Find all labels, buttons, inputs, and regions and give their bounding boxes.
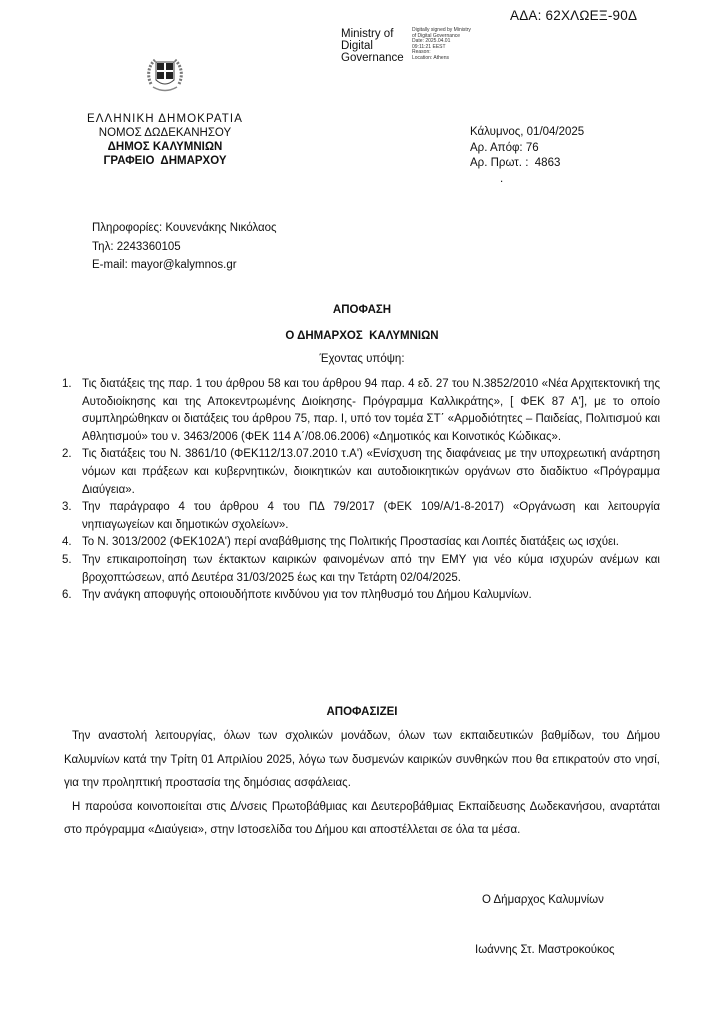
issuer-line: Digital bbox=[341, 40, 404, 52]
considering-label: Έχοντας υπόψη: bbox=[0, 353, 724, 365]
document-title: ΑΠΟΦΑΣΗ bbox=[0, 304, 724, 316]
decision-body: Την αναστολή λειτουργίας, όλων των σχολι… bbox=[64, 725, 660, 843]
signatory-role: Ο Δήμαρχος Καλυμνίων bbox=[482, 894, 604, 906]
item-number: 6. bbox=[62, 587, 82, 605]
decision-paragraph: Η παρούσα κοινοποιείται στις Δ/νσεις Πρω… bbox=[64, 796, 660, 843]
list-item: 2. Τις διατάξεις του Ν. 3861/10 (ΦΕΚ112/… bbox=[62, 446, 660, 499]
list-item: 3. Την παράγραφο 4 του άρθρου 4 του ΠΔ 7… bbox=[62, 499, 660, 534]
office-label: ΓΡΑΦΕΙΟ ΔΗΜΑΡΧΟΥ bbox=[60, 154, 270, 168]
digital-signature-details: Digitally signed by Ministry of Digital … bbox=[412, 28, 471, 62]
item-number: 4. bbox=[62, 534, 82, 552]
protocol-number: Αρ. Πρωτ. : 4863 bbox=[470, 156, 584, 172]
decides-heading: ΑΠΟΦΑΣΙΖΕΙ bbox=[0, 706, 724, 718]
contact-info: Πληροφορίες: Κουνενάκης Νικόλαος Τηλ: 22… bbox=[92, 219, 277, 275]
contact-email: E-mail: mayor@kalymnos.gr bbox=[92, 256, 277, 275]
item-number: 2. bbox=[62, 446, 82, 499]
signatory-name: Ιωάννης Στ. Μαστροκούκος bbox=[475, 944, 615, 956]
item-number: 1. bbox=[62, 376, 82, 446]
signature-detail: Location: Athens bbox=[412, 56, 471, 62]
place-date: Κάλυμνος, 01/04/2025 bbox=[470, 125, 584, 141]
item-text: Την ανάγκη αποφυγής οποιουδήποτε κινδύνο… bbox=[82, 587, 660, 605]
issuing-authority: ΕΛΛΗΝΙΚΗ ΔΗΜΟΚΡΑΤΙΑ ΝΟΜΟΣ ΔΩΔΕΚΑΝΗΣΟΥ ΔΗ… bbox=[60, 112, 270, 168]
considerations-list: 1. Τις διατάξεις της παρ. 1 του άρθρου 5… bbox=[62, 376, 660, 605]
item-text: Το Ν. 3013/2002 (ΦΕΚ102Α') περί αναβάθμι… bbox=[82, 534, 660, 552]
list-item: 1. Τις διατάξεις της παρ. 1 του άρθρου 5… bbox=[62, 376, 660, 446]
list-item: 5. Την επικαιροποίηση των έκτακτων καιρι… bbox=[62, 552, 660, 587]
item-text: Τις διατάξεις του Ν. 3861/10 (ΦΕΚ112/13.… bbox=[82, 446, 660, 499]
list-item: 6. Την ανάγκη αποφυγής οποιουδήποτε κινδ… bbox=[62, 587, 660, 605]
item-text: Τις διατάξεις της παρ. 1 του άρθρου 58 κ… bbox=[82, 376, 660, 446]
ada-code: ΑΔΑ: 62ΧΛΩΕΞ-90Δ bbox=[510, 8, 637, 23]
decision-paragraph: Την αναστολή λειτουργίας, όλων των σχολι… bbox=[64, 725, 660, 796]
document-reference: Κάλυμνος, 01/04/2025 Αρ. Απόφ: 76 Αρ. Πρ… bbox=[470, 125, 584, 187]
contact-person: Πληροφορίες: Κουνενάκης Νικόλαος bbox=[92, 219, 277, 238]
digital-signature-issuer: Ministry of Digital Governance bbox=[341, 28, 404, 64]
municipality-label: ΔΗΜΟΣ ΚΑΛΥΜΝΙΩΝ bbox=[60, 140, 270, 154]
item-number: 3. bbox=[62, 499, 82, 534]
document-subtitle: Ο ΔΗΜΑΡΧΟΣ ΚΑΛΥΜΝΙΩΝ bbox=[0, 330, 724, 342]
list-item: 4. Το Ν. 3013/2002 (ΦΕΚ102Α') περί αναβά… bbox=[62, 534, 660, 552]
contact-phone: Τηλ: 2243360105 bbox=[92, 238, 277, 257]
prefecture-label: ΝΟΜΟΣ ΔΩΔΕΚΑΝΗΣΟΥ bbox=[60, 126, 270, 140]
trailing-dot: . bbox=[470, 172, 584, 188]
issuer-line: Governance bbox=[341, 52, 404, 64]
issuer-line: Ministry of bbox=[341, 28, 404, 40]
item-text: Την παράγραφο 4 του άρθρου 4 του ΠΔ 79/2… bbox=[82, 499, 660, 534]
greek-coat-of-arms-icon bbox=[143, 54, 187, 98]
item-number: 5. bbox=[62, 552, 82, 587]
decision-number: Αρ. Απόφ: 76 bbox=[470, 141, 584, 157]
republic-label: ΕΛΛΗΝΙΚΗ ΔΗΜΟΚΡΑΤΙΑ bbox=[60, 112, 270, 126]
item-text: Την επικαιροποίηση των έκτακτων καιρικών… bbox=[82, 552, 660, 587]
